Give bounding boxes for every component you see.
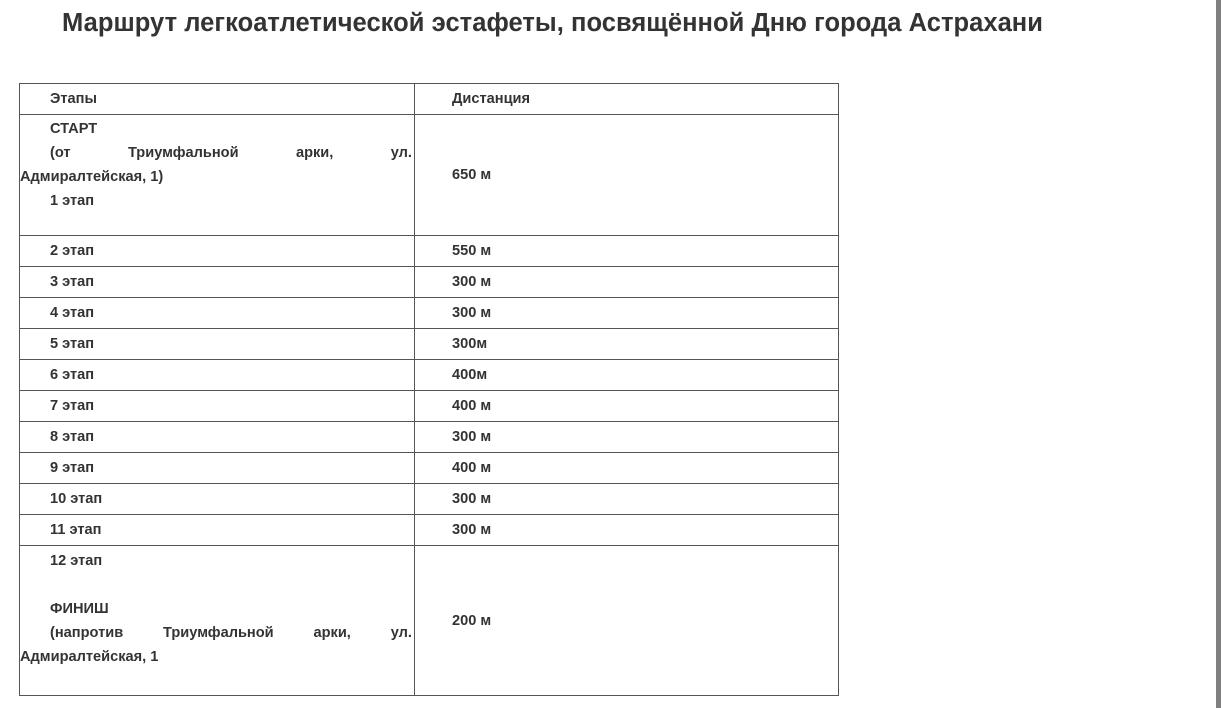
start-address-word: арки, — [296, 141, 333, 165]
start-label: СТАРТ — [20, 117, 414, 141]
distance-value: 300 м — [452, 274, 491, 290]
table-row: 3 этап 300 м — [20, 267, 839, 298]
distance-value: 400м — [452, 367, 487, 383]
distance-cell: 300 м — [415, 515, 839, 546]
page-title: Маршрут легкоатлетической эстафеты, посв… — [62, 8, 1043, 38]
table-row-finish: 12 этап ФИНИШ (напротив Триумфальной арк… — [20, 546, 839, 696]
finish-address-word: Триумфальной — [163, 621, 274, 645]
finish-stage: 12 этап — [20, 549, 414, 573]
table-row: 6 этап 400м — [20, 360, 839, 391]
distance-value: 300 м — [452, 522, 491, 538]
start-address-word: ул. — [391, 141, 412, 165]
stage-label: 4 этап — [20, 299, 414, 328]
distance-cell: 300м — [415, 329, 839, 360]
distance-cell: 550 м — [415, 236, 839, 267]
table-row: 9 этап 400 м — [20, 453, 839, 484]
distance-cell: 300 м — [415, 267, 839, 298]
distance-cell: 400 м — [415, 453, 839, 484]
finish-stage-cell: 12 этап ФИНИШ (напротив Триумфальной арк… — [20, 546, 415, 696]
stage-cell: 5 этап — [20, 329, 415, 360]
stage-label: 6 этап — [20, 361, 414, 390]
distance-value: 300м — [452, 336, 487, 352]
start-address-word: Триумфальной — [128, 141, 239, 165]
stage-label: 9 этап — [20, 454, 414, 483]
finish-address-word: арки, — [314, 621, 351, 645]
distance-value: 300 м — [452, 305, 491, 321]
start-address: (от Триумфальной арки, ул. — [20, 141, 414, 165]
stage-label: 10 этап — [20, 485, 414, 514]
finish-distance: 200 м — [452, 613, 491, 629]
stage-cell: 6 этап — [20, 360, 415, 391]
stage-cell: 2 этап — [20, 236, 415, 267]
relay-route-table: Этапы Дистанция СТАРТ (от Триумфальной а… — [19, 83, 839, 696]
stage-cell: 10 этап — [20, 484, 415, 515]
stage-cell: 7 этап — [20, 391, 415, 422]
distance-value: 400 м — [452, 460, 491, 476]
finish-address: (напротив Триумфальной арки, ул. — [20, 621, 414, 645]
header-distance: Дистанция — [452, 91, 530, 107]
start-stage-cell: СТАРТ (от Триумфальной арки, ул. Адмирал… — [20, 115, 415, 236]
distance-value: 550 м — [452, 243, 491, 259]
blank-line — [20, 573, 414, 597]
table-row: 8 этап 300 м — [20, 422, 839, 453]
distance-cell: 300 м — [415, 298, 839, 329]
stage-label: 11 этап — [20, 516, 414, 545]
start-address-word: (от — [50, 141, 71, 165]
header-distance-cell: Дистанция — [415, 84, 839, 115]
table-row: 2 этап 550 м — [20, 236, 839, 267]
stage-label: 3 этап — [20, 268, 414, 297]
finish-address-word: ул. — [391, 621, 412, 645]
distance-value: 400 м — [452, 398, 491, 414]
table-row: 5 этап 300м — [20, 329, 839, 360]
stage-label: 7 этап — [20, 392, 414, 421]
table-row: 4 этап 300 м — [20, 298, 839, 329]
finish-address-word: (напротив — [50, 621, 123, 645]
stage-cell: 11 этап — [20, 515, 415, 546]
table-row: 7 этап 400 м — [20, 391, 839, 422]
start-stage: 1 этап — [20, 189, 414, 213]
table-row: 11 этап 300 м — [20, 515, 839, 546]
stage-label: 2 этап — [20, 237, 414, 266]
header-stage: Этапы — [20, 85, 414, 114]
distance-cell: 300 м — [415, 484, 839, 515]
distance-cell: 400м — [415, 360, 839, 391]
stage-cell: 4 этап — [20, 298, 415, 329]
distance-value: 300 м — [452, 491, 491, 507]
stage-cell: 8 этап — [20, 422, 415, 453]
table-header-row: Этапы Дистанция — [20, 84, 839, 115]
start-distance: 650 м — [452, 167, 491, 183]
start-address-continued: Адмиралтейская, 1) — [20, 165, 414, 189]
header-stage-cell: Этапы — [20, 84, 415, 115]
finish-distance-cell: 200 м — [415, 546, 839, 696]
stage-label: 5 этап — [20, 330, 414, 359]
distance-cell: 300 м — [415, 422, 839, 453]
table-row: 10 этап 300 м — [20, 484, 839, 515]
finish-address-continued: Адмиралтейская, 1 — [20, 645, 414, 669]
table-row-start: СТАРТ (от Триумфальной арки, ул. Адмирал… — [20, 115, 839, 236]
stage-cell: 3 этап — [20, 267, 415, 298]
start-distance-cell: 650 м — [415, 115, 839, 236]
window-edge-bar — [1216, 0, 1221, 708]
finish-label: ФИНИШ — [20, 597, 414, 621]
stage-label: 8 этап — [20, 423, 414, 452]
stage-cell: 9 этап — [20, 453, 415, 484]
distance-value: 300 м — [452, 429, 491, 445]
distance-cell: 400 м — [415, 391, 839, 422]
